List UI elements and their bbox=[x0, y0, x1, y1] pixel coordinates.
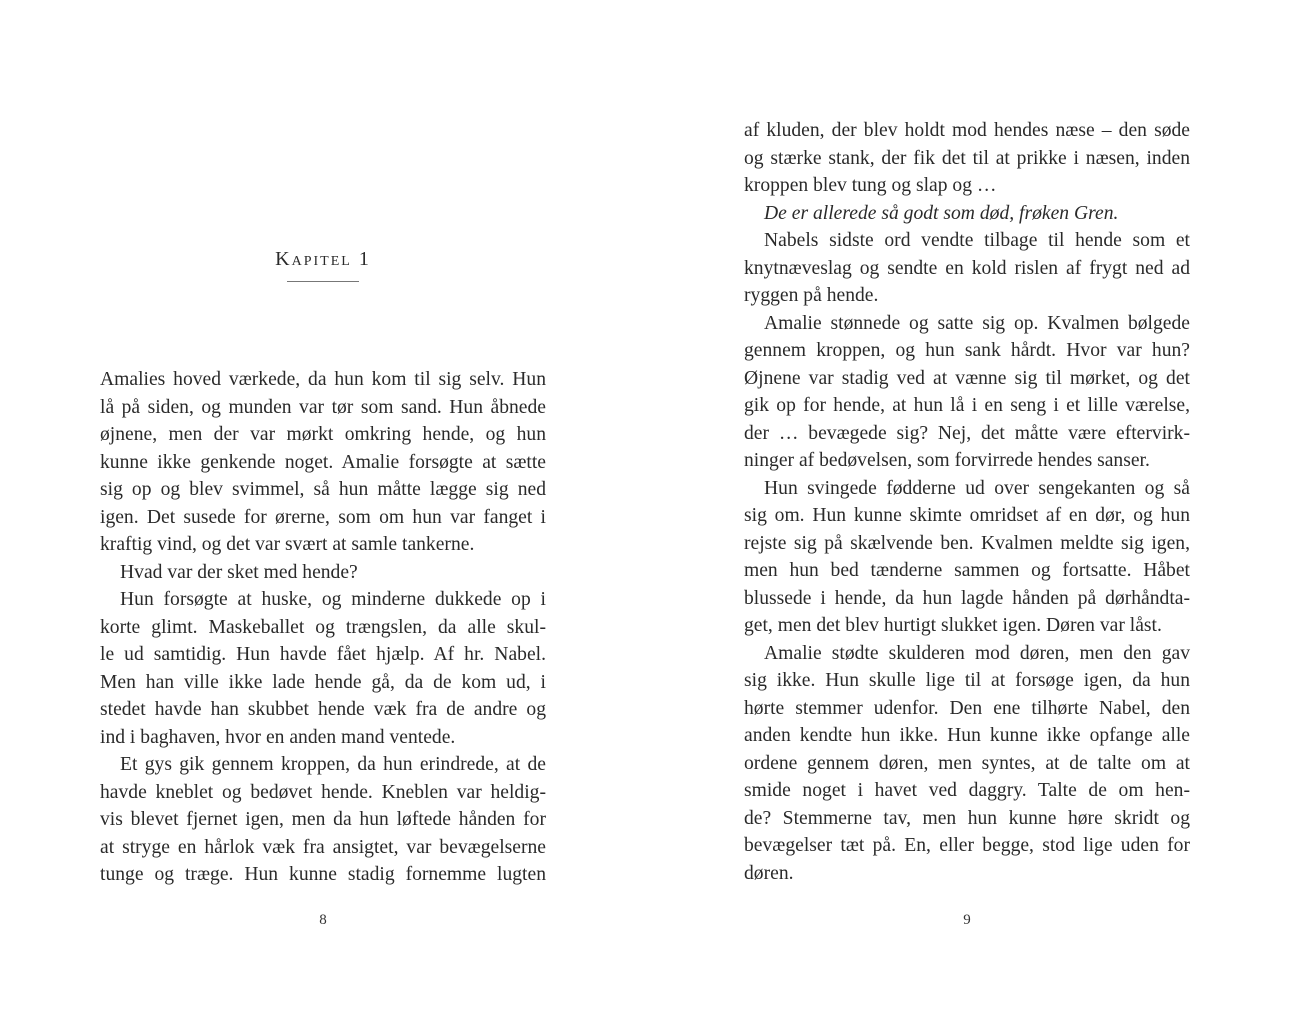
text-line: Amalie stønnede og satte sig op. Kvalmen… bbox=[744, 310, 1190, 338]
text-line: havde kneblet og bedøvet hende. Kneblen … bbox=[100, 779, 546, 807]
text-line: gik op for hende, at hun lå i en seng i … bbox=[744, 392, 1190, 420]
text-line: Amalies hoved værkede, da hun kom til si… bbox=[100, 366, 546, 394]
text-line: tunge og træge. Hun kunne stadig fornemm… bbox=[100, 861, 546, 889]
text-line: get, men det blev hurtigt slukket igen. … bbox=[744, 612, 1190, 640]
text-line: anden kendte hun ikke. Hun kunne ikke op… bbox=[744, 722, 1190, 750]
text-line: le ud samtidig. Hun havde fået hjælp. Af… bbox=[100, 641, 546, 669]
text-line: kraftig vind, og det var svært at samle … bbox=[100, 531, 546, 559]
text-line: vis blevet fjernet igen, men da hun løft… bbox=[100, 806, 546, 834]
text-line: Hun svingede fødderne ud over sengekante… bbox=[744, 475, 1190, 503]
text-line: men hun bed tænderne sammen og fortsatte… bbox=[744, 557, 1190, 585]
text-line: kunne ikke genkende noget. Amalie forsøg… bbox=[100, 449, 546, 477]
text-line: og stærke stank, der fik det til at prik… bbox=[744, 145, 1190, 173]
text-line: ryggen på hende. bbox=[744, 282, 1190, 310]
text-line: korte glimt. Maskeballet og trængslen, d… bbox=[100, 614, 546, 642]
text-line: de? Stemmerne tav, men hun kunne høre sk… bbox=[744, 805, 1190, 833]
text-line: Hvad var der sket med hende? bbox=[100, 559, 546, 587]
page-number-left: 8 bbox=[100, 912, 546, 929]
text-line: stedet havde han skubbet hende væk fra d… bbox=[100, 696, 546, 724]
text-line: der … bevægede sig? Nej, det måtte være … bbox=[744, 420, 1190, 448]
text-line: gennem kroppen, og hun sank hårdt. Hvor … bbox=[744, 337, 1190, 365]
text-line: knytnæveslag og sendte en kold rislen af… bbox=[744, 255, 1190, 283]
text-line: bevægelser tæt på. En, eller begge, stod… bbox=[744, 832, 1190, 860]
text-line: Men han ville ikke lade hende gå, da de … bbox=[100, 669, 546, 697]
text-line: kroppen blev tung og slap og … bbox=[744, 172, 1190, 200]
chapter-title: Kapitel 1 bbox=[100, 248, 546, 271]
page-number-right: 9 bbox=[744, 912, 1190, 929]
text-line: sig op og blev svimmel, så hun måtte læg… bbox=[100, 476, 546, 504]
text-line: smide noget i havet ved daggry. Talte de… bbox=[744, 777, 1190, 805]
text-line: ind i baghaven, hvor en anden mand vente… bbox=[100, 724, 546, 752]
text-line: Nabels sidste ord vendte tilbage til hen… bbox=[744, 227, 1190, 255]
text-line: sig ikke. Hun skulle lige til at forsøge… bbox=[744, 667, 1190, 695]
text-line: lå på siden, og munden var tør som sand.… bbox=[100, 394, 546, 422]
right-page-body-text: af kluden, der blev holdt mod hendes næs… bbox=[744, 117, 1190, 887]
chapter-title-underline bbox=[287, 281, 359, 282]
text-line: øjnene, men der var mørkt omkring hende,… bbox=[100, 421, 546, 449]
text-line: at stryge en hårlok væk fra ansigtet, va… bbox=[100, 834, 546, 862]
right-page: af kluden, der blev holdt mod hendes næs… bbox=[744, 0, 1190, 1016]
text-line: ordene gennem døren, men syntes, at de t… bbox=[744, 750, 1190, 778]
text-line: døren. bbox=[744, 860, 1190, 888]
text-line: sig om. Hun kunne skimte omridset af en … bbox=[744, 502, 1190, 530]
text-line: rejste sig på skælvende ben. Kvalmen mel… bbox=[744, 530, 1190, 558]
text-line: hørte stemmer udenfor. Den ene tilhørte … bbox=[744, 695, 1190, 723]
text-line: igen. Det susede for ørerne, som om hun … bbox=[100, 504, 546, 532]
left-page-body-text: Amalies hoved værkede, da hun kom til si… bbox=[100, 366, 546, 889]
left-page: Kapitel 1 Amalies hoved værkede, da hun … bbox=[100, 0, 546, 1016]
text-line: Et gys gik gennem kroppen, da hun erindr… bbox=[100, 751, 546, 779]
text-line: Øjnene var stadig ved at vænne sig til m… bbox=[744, 365, 1190, 393]
text-line: af kluden, der blev holdt mod hendes næs… bbox=[744, 117, 1190, 145]
text-line: Hun forsøgte at huske, og minderne dukke… bbox=[100, 586, 546, 614]
text-line: Amalie stødte skulderen mod døren, men d… bbox=[744, 640, 1190, 668]
text-line: ninger af bedøvelsen, som forvirrede hen… bbox=[744, 447, 1190, 475]
text-line: De er allerede så godt som død, frøken G… bbox=[744, 200, 1190, 228]
text-line: blussede i hende, da hun lagde hånden på… bbox=[744, 585, 1190, 613]
